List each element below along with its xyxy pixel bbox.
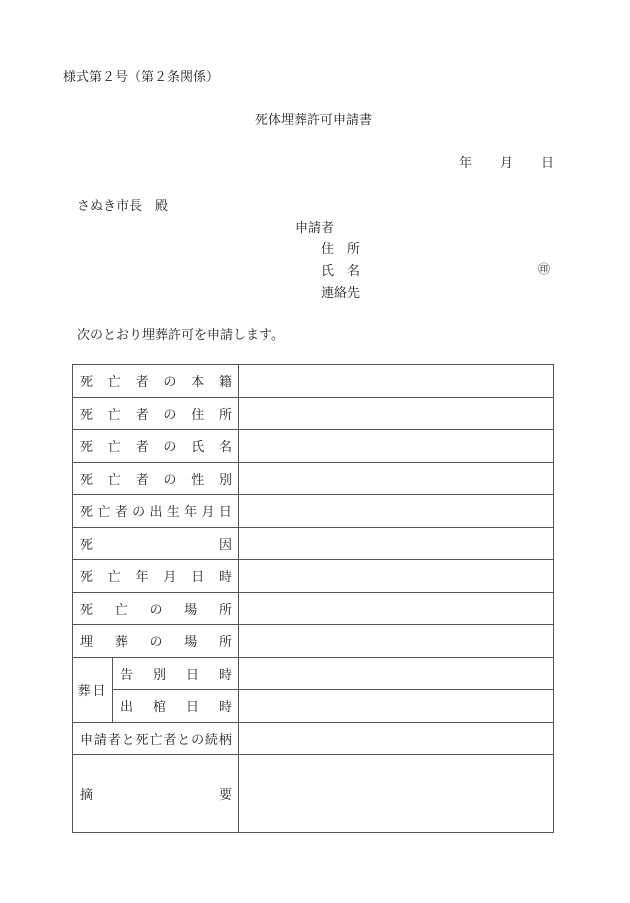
row-value-field[interactable]	[239, 365, 554, 398]
label-char: 因	[219, 534, 232, 553]
label-char: 性	[191, 469, 204, 488]
table-row: 死因	[73, 527, 554, 560]
label-char: 死	[80, 566, 93, 585]
row-label-text: 埋葬の場所	[80, 631, 232, 650]
label-char: 所	[219, 631, 232, 650]
label-char: 死	[136, 729, 149, 748]
seal-icon: ㊞	[538, 260, 550, 277]
label-char: 月	[163, 566, 176, 585]
row-label-text: 告別日時	[120, 664, 232, 683]
row-label-text: 死亡者の性別	[80, 469, 232, 488]
funeral-date-group-label: 葬日	[73, 657, 113, 722]
row-label: 埋葬の場所	[73, 625, 239, 658]
label-char: 日	[191, 566, 204, 585]
label-char: 出	[120, 696, 133, 715]
table-row: 死亡者の住所	[73, 397, 554, 430]
label-char: 所	[219, 599, 232, 618]
row-label: 死亡年月日時	[73, 560, 239, 593]
form-number: 様式第２号（第２条関係）	[63, 66, 219, 85]
label-char: 者	[136, 436, 149, 455]
label-char: 死	[80, 534, 93, 553]
label-char: 棺	[153, 696, 166, 715]
label-char: 死	[80, 501, 93, 520]
relationship-value-field[interactable]	[239, 722, 554, 755]
remarks-value-field[interactable]	[239, 755, 554, 833]
label-char: 時	[219, 696, 232, 715]
row-label: 死亡者の出生年月日	[73, 495, 239, 528]
label-char: 時	[219, 566, 232, 585]
sub-row-label: 告別日時	[113, 657, 239, 690]
table-row-remarks: 摘要	[73, 755, 554, 833]
label-char: 者	[136, 404, 149, 423]
label-char: 請	[94, 729, 107, 748]
label-char: の	[163, 469, 176, 488]
label-char: 本	[191, 371, 204, 390]
row-value-field[interactable]	[239, 657, 554, 690]
label-char: 申	[80, 729, 93, 748]
label-char: の	[149, 631, 162, 650]
date-line: 年月日	[445, 152, 554, 171]
application-form-table: 死亡者の本籍死亡者の住所死亡者の氏名死亡者の性別死亡者の出生年月日死因死亡年月日…	[72, 364, 554, 833]
label-char: の	[163, 404, 176, 423]
row-value-field[interactable]	[239, 527, 554, 560]
table-row: 埋葬の場所	[73, 625, 554, 658]
label-char: 亡	[97, 501, 110, 520]
label-char: 時	[219, 664, 232, 683]
label-char: 者	[136, 371, 149, 390]
date-month-label: 月	[500, 152, 513, 171]
table-row-funeral: 葬日告別日時	[73, 657, 554, 690]
sub-row-label: 出棺日時	[113, 690, 239, 723]
row-value-field[interactable]	[239, 495, 554, 528]
label-char: の	[149, 599, 162, 618]
label-char: 氏	[191, 436, 204, 455]
table-row: 死亡者の本籍	[73, 365, 554, 398]
applicant-name-label: 氏 名	[321, 260, 360, 279]
row-value-field[interactable]	[239, 560, 554, 593]
row-label-text: 死因	[80, 534, 232, 553]
label-char: と	[122, 729, 135, 748]
row-value-field[interactable]	[239, 592, 554, 625]
row-label-text: 死亡者の氏名	[80, 436, 232, 455]
label-char: 摘	[80, 784, 93, 803]
row-label-text: 死亡の場所	[80, 599, 232, 618]
label-char: 埋	[80, 631, 93, 650]
label-char: 所	[219, 404, 232, 423]
row-label-text: 死亡者の本籍	[80, 371, 232, 390]
label-char: 生	[167, 501, 180, 520]
row-label-text: 申請者と死亡者との続柄	[80, 729, 232, 748]
label-char: 年	[184, 501, 197, 520]
label-char: 亡	[108, 371, 121, 390]
label-char: と	[177, 729, 190, 748]
row-label: 死亡者の住所	[73, 397, 239, 430]
row-label-text: 出棺日時	[120, 696, 232, 715]
label-char: 者	[163, 729, 176, 748]
table-row-funeral: 出棺日時	[73, 690, 554, 723]
label-char: 別	[219, 469, 232, 488]
table-row: 死亡者の氏名	[73, 430, 554, 463]
label-char: 月	[202, 501, 215, 520]
label-char: 日	[186, 664, 199, 683]
label-char: の	[163, 436, 176, 455]
row-label-text: 摘要	[80, 784, 232, 803]
label-char: 亡	[108, 436, 121, 455]
label-char: の	[132, 501, 145, 520]
label-char: 日	[186, 696, 199, 715]
label-char: 年	[136, 566, 149, 585]
label-char: 続	[205, 729, 218, 748]
row-value-field[interactable]	[239, 690, 554, 723]
row-label: 死亡者の本籍	[73, 365, 239, 398]
row-label: 死亡者の性別	[73, 462, 239, 495]
label-char: 死	[80, 599, 93, 618]
row-value-field[interactable]	[239, 430, 554, 463]
label-char: 柄	[219, 729, 232, 748]
label-char: 者	[136, 469, 149, 488]
label-char: 死	[80, 469, 93, 488]
label-char: 要	[219, 784, 232, 803]
label-char: 亡	[115, 599, 128, 618]
label-char: 場	[184, 631, 197, 650]
label-char: 告	[120, 664, 133, 683]
label-char: 出	[149, 501, 162, 520]
remarks-label: 摘要	[73, 755, 239, 833]
table-row: 死亡の場所	[73, 592, 554, 625]
relationship-label: 申請者と死亡者との続柄	[73, 722, 239, 755]
table-row: 死亡年月日時	[73, 560, 554, 593]
label-char: 住	[191, 404, 204, 423]
date-year-label: 年	[459, 152, 472, 171]
applicant-label: 申請者	[295, 217, 334, 236]
label-char: 死	[80, 404, 93, 423]
label-char: 亡	[108, 566, 121, 585]
table-row: 死亡者の性別	[73, 462, 554, 495]
label-char: の	[191, 729, 204, 748]
label-char: 亡	[108, 404, 121, 423]
label-char: 日	[219, 501, 232, 520]
document-title: 死体埋葬許可申請書	[255, 109, 372, 128]
label-char: 名	[219, 436, 232, 455]
label-char: 亡	[149, 729, 162, 748]
row-label-text: 死亡者の出生年月日	[80, 501, 232, 520]
table-row-relationship: 申請者と死亡者との続柄	[73, 722, 554, 755]
addressee: さぬき市長 殿	[77, 195, 168, 214]
label-char: 別	[153, 664, 166, 683]
label-char: 死	[80, 371, 93, 390]
applicant-address-label: 住 所	[321, 238, 360, 257]
label-char: 死	[80, 436, 93, 455]
row-value-field[interactable]	[239, 397, 554, 430]
applicant-contact-label: 連絡先	[321, 282, 360, 301]
label-char: の	[163, 371, 176, 390]
table-row: 死亡者の出生年月日	[73, 495, 554, 528]
date-day-label: 日	[541, 152, 554, 171]
row-value-field[interactable]	[239, 625, 554, 658]
label-char: 者	[108, 729, 121, 748]
label-char: 者	[115, 501, 128, 520]
label-char: 場	[184, 599, 197, 618]
row-label-text: 死亡年月日時	[80, 566, 232, 585]
row-label: 死亡の場所	[73, 592, 239, 625]
label-char: 葬	[115, 631, 128, 650]
intro-text: 次のとおり埋葬許可を申請します。	[77, 324, 284, 343]
row-value-field[interactable]	[239, 462, 554, 495]
label-char: 籍	[219, 371, 232, 390]
label-char: 亡	[108, 469, 121, 488]
row-label-text: 死亡者の住所	[80, 404, 232, 423]
row-label: 死亡者の氏名	[73, 430, 239, 463]
row-label: 死因	[73, 527, 239, 560]
